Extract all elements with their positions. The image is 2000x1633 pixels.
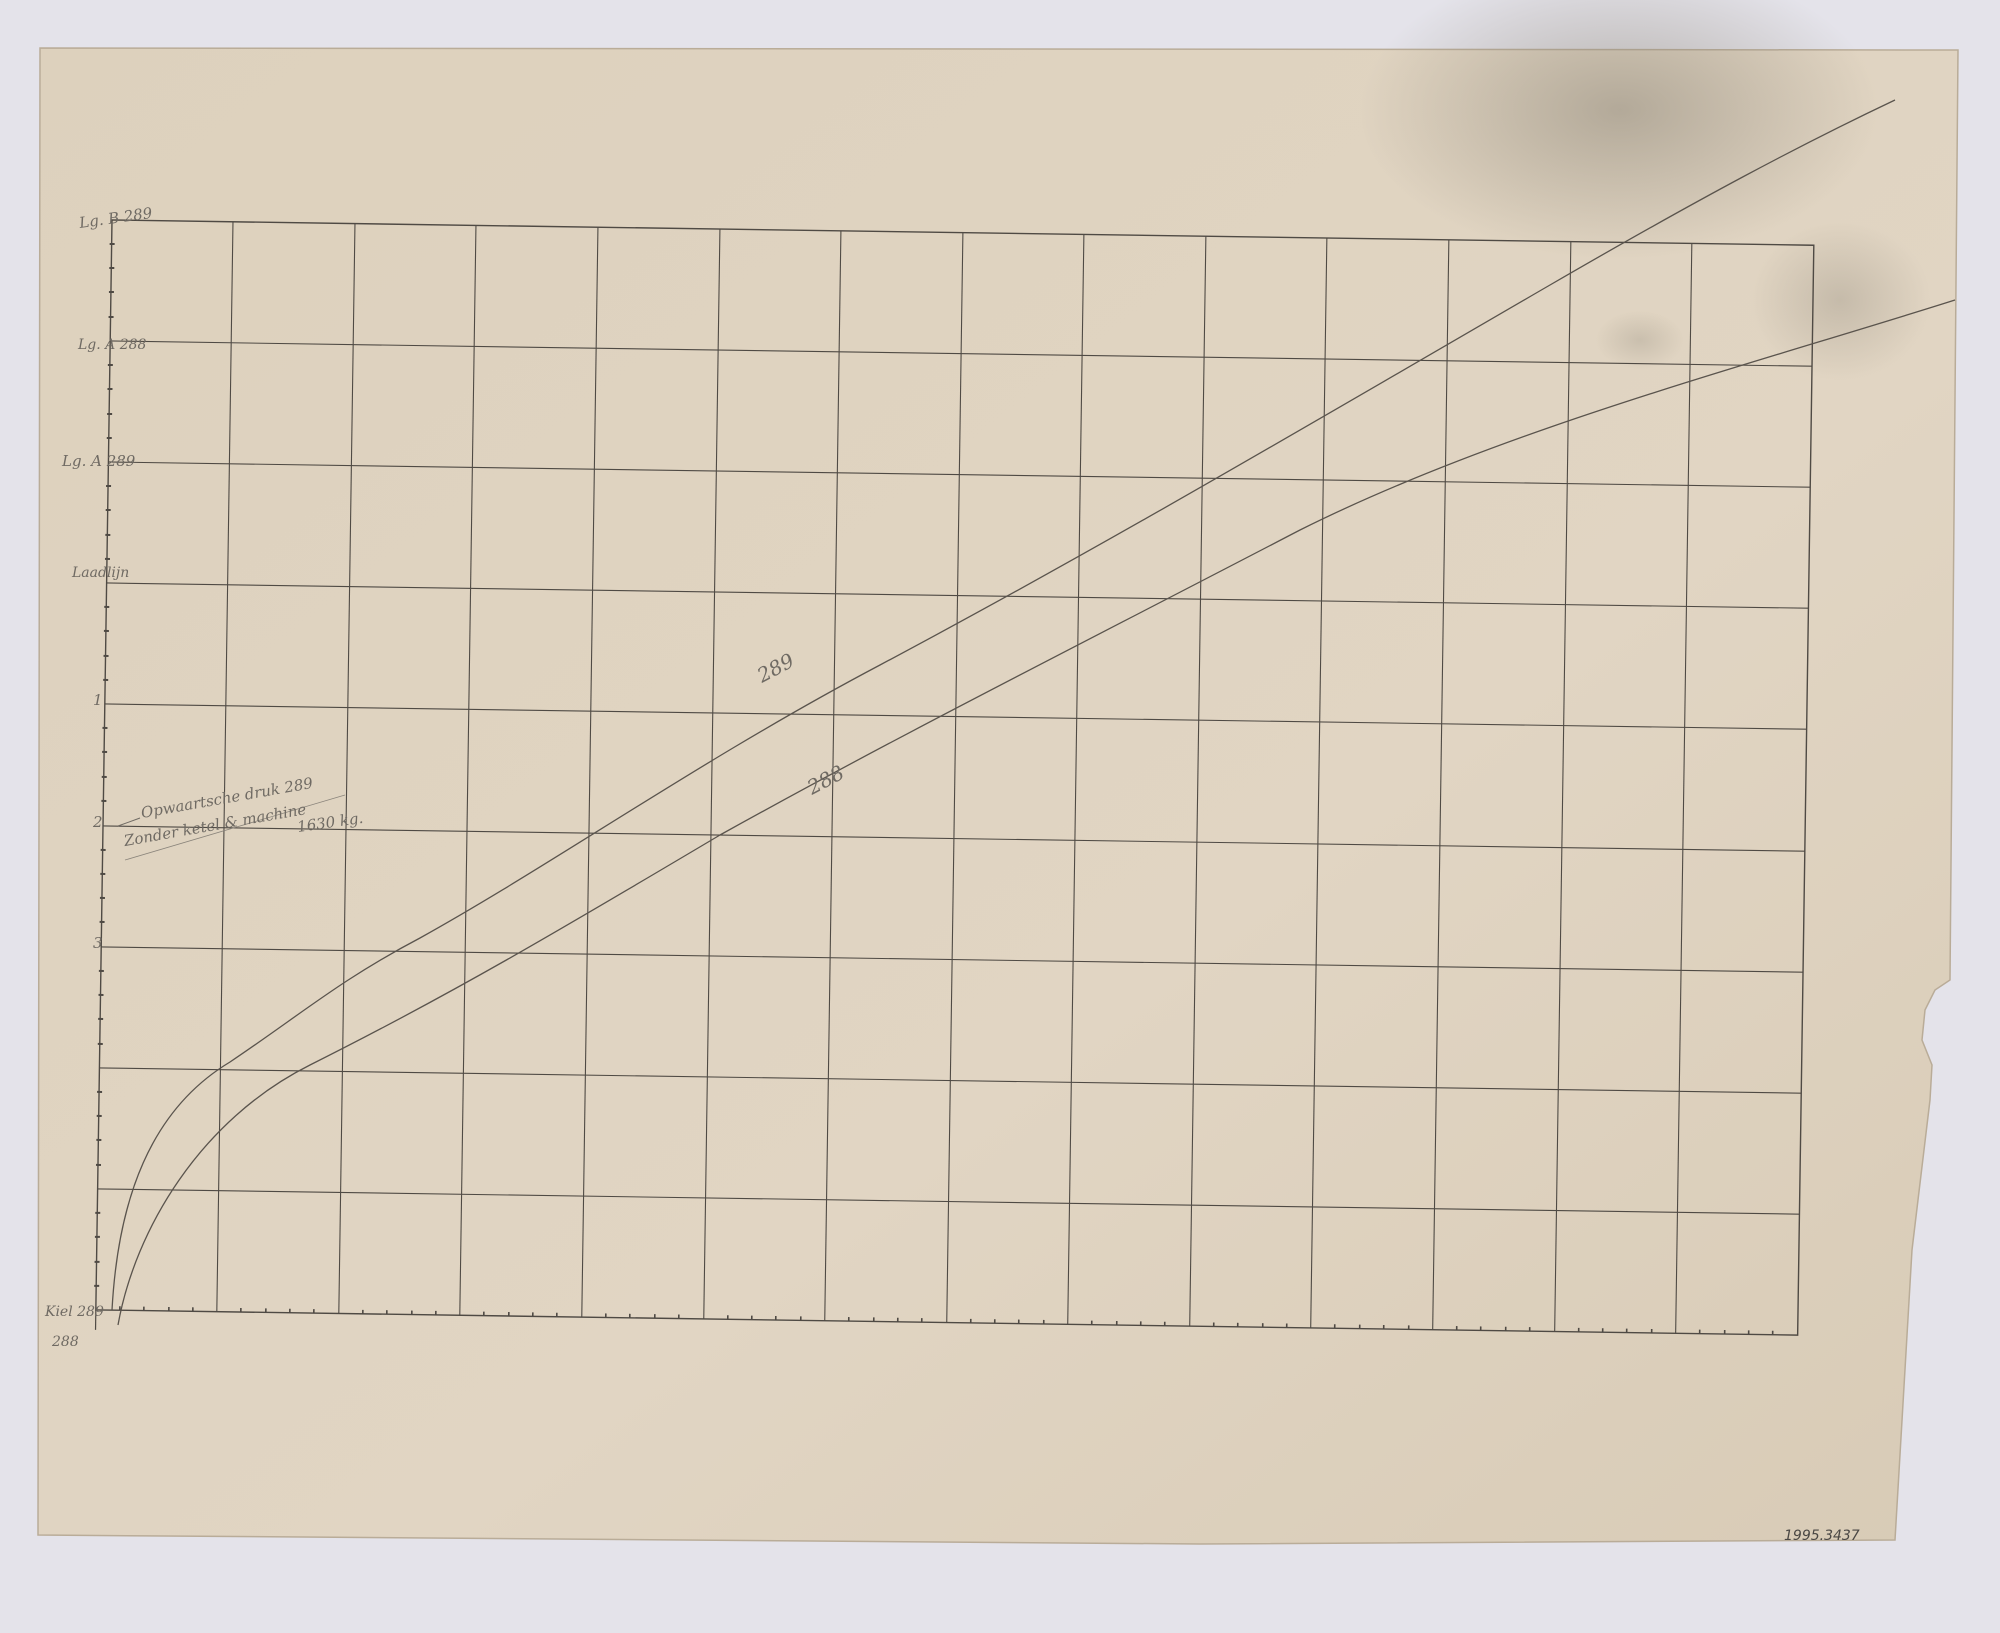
axis-label-288: 288 (51, 1334, 79, 1350)
axis-label-3: 3 (93, 934, 103, 952)
stain-right (1750, 220, 1930, 380)
stain-right-2 (1595, 310, 1685, 370)
axis-label-laadlijn: Laadlijn (71, 565, 129, 581)
axis-label-2: 2 (92, 813, 103, 831)
axis-label-lg-a-289: Lg. A 289 (61, 452, 136, 470)
scanned-graph-sheet: 289 288 Lg. B 289 Lg. A 288 Lg. A 289 La… (0, 0, 2000, 1633)
axis-label-lg-a-288: Lg. A 288 (77, 337, 147, 353)
paper-sheet (38, 48, 1958, 1544)
axis-label-kiel-289: Kiel 289 (44, 1304, 104, 1320)
inventory-number: 1995.3437 (1784, 1528, 1860, 1544)
axis-label-1: 1 (93, 691, 103, 709)
